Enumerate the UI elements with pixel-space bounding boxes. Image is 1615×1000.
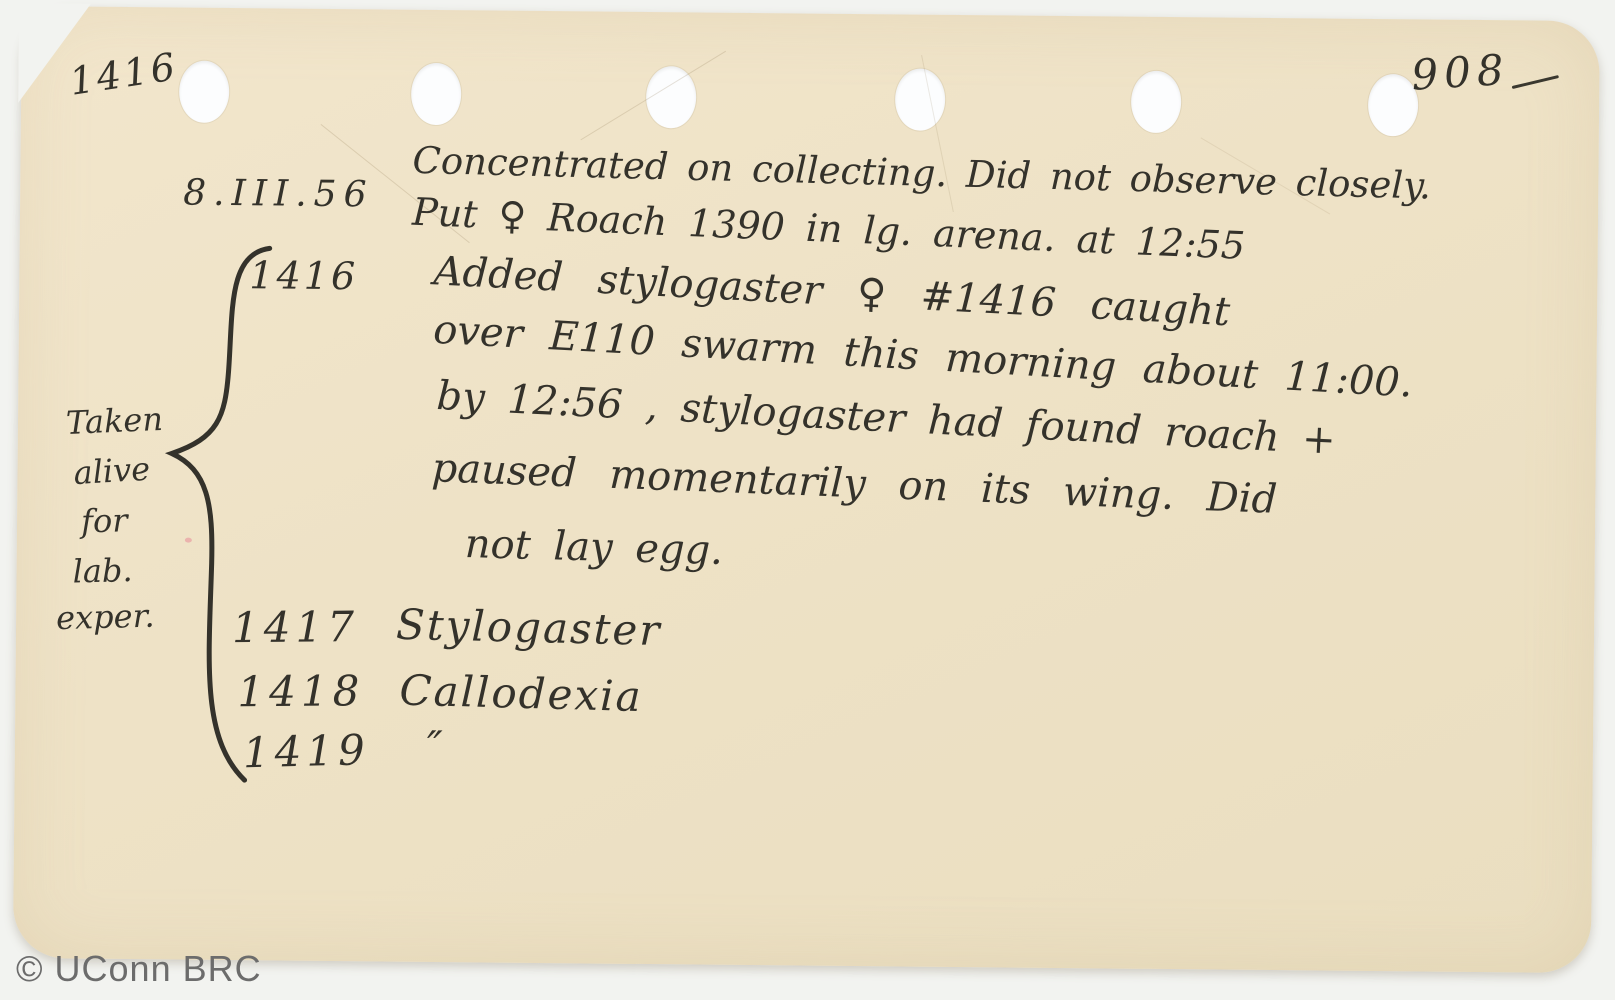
specimen-number: 1418 <box>237 670 364 713</box>
specimen-number: 1416 <box>249 256 358 295</box>
punch-hole <box>1131 71 1182 133</box>
entry-date: 8.III.56 <box>183 176 374 214</box>
specimen-number-top-left: 1416 <box>67 47 180 101</box>
paper-crease <box>580 51 726 141</box>
specimen-name: Stylogaster <box>396 604 662 652</box>
margin-note-line: for <box>81 504 128 537</box>
specimen-name: Callodexia <box>399 670 643 719</box>
index-card: 1416 908 8.III.56 Concentrated on collec… <box>13 6 1600 973</box>
margin-note-line: Taken <box>65 403 163 439</box>
punch-hole <box>1368 74 1419 136</box>
pen-stroke <box>1512 75 1559 89</box>
punch-hole <box>411 63 462 125</box>
archive-watermark: © UConn BRC <box>16 948 262 990</box>
punch-hole <box>646 66 697 128</box>
specimen-number: 1419 <box>242 729 370 774</box>
margin-note-line: lab. <box>72 554 133 588</box>
punch-hole <box>179 61 230 123</box>
note-line-6: paused momentarily on its wing. Did <box>431 448 1278 520</box>
margin-note-line: exper. <box>56 600 155 634</box>
specimen-ditto-mark: ″ <box>427 726 443 768</box>
margin-note-line: alive <box>73 453 151 490</box>
specimen-number: 1417 <box>232 606 359 649</box>
page-number-top-right: 908 <box>1410 49 1511 97</box>
scanned-notecard-background: 1416 908 8.III.56 Concentrated on collec… <box>0 0 1615 1000</box>
note-line-7: not lay egg. <box>464 524 723 571</box>
punch-hole <box>895 68 946 130</box>
